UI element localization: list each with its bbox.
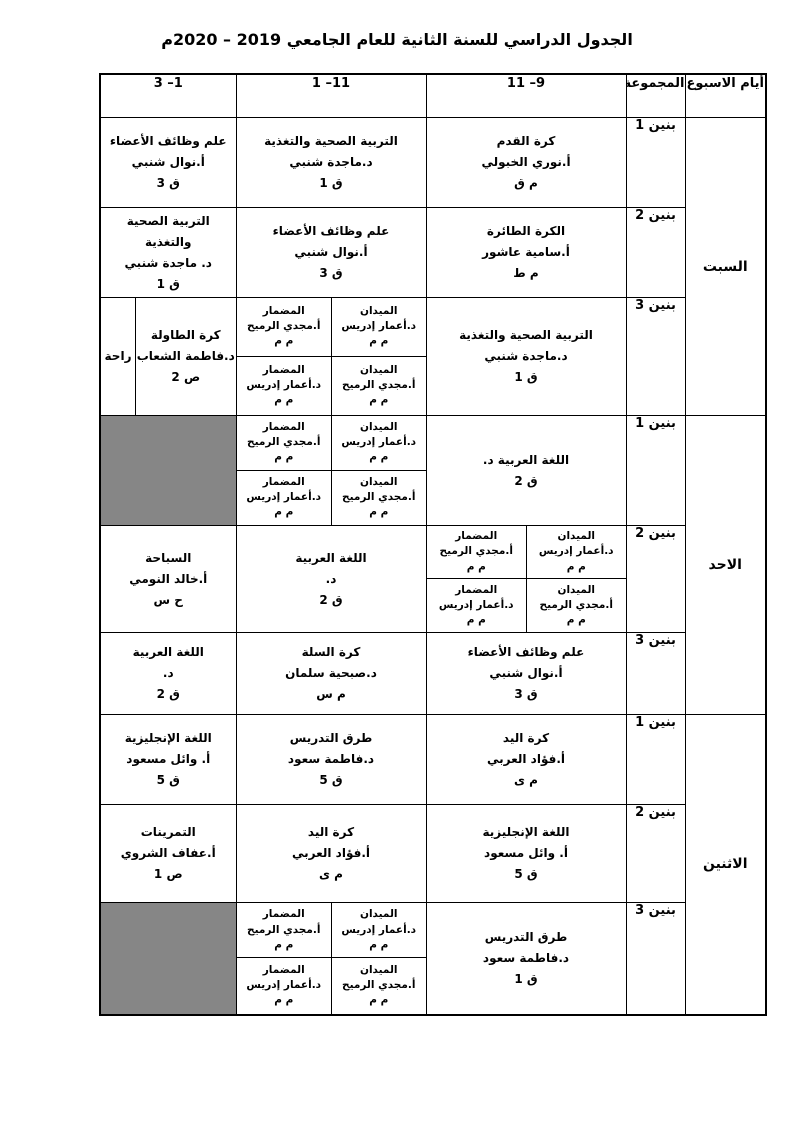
document-page: الجدول الدراسي للسنة الثانية للعام الجام… bbox=[0, 0, 794, 1123]
course-line: م م bbox=[274, 450, 293, 465]
course-line: د.أعمار إدريس bbox=[341, 435, 416, 450]
course-cell: الميداند.أعمار إدريسم مالمضمارأ.مجدي الر… bbox=[236, 298, 426, 416]
course-line: كرة اليد bbox=[427, 728, 626, 749]
course-line: المضمار bbox=[263, 420, 305, 435]
day-cell: السبت bbox=[685, 118, 766, 416]
course-line: م م bbox=[369, 334, 388, 349]
course-line: د.أعمار إدريس bbox=[439, 598, 514, 613]
course-cell: اللغة العربيةد.ق 2 bbox=[100, 633, 236, 715]
course-line: م ى bbox=[427, 770, 626, 791]
course-line: الميدان bbox=[360, 304, 398, 319]
course-cell: علم وظائف الأعضاءأ.نوال شنبيق 3 bbox=[236, 208, 426, 298]
course-line: أ.نوال شنبي bbox=[237, 242, 426, 263]
table-tennis-cell: كرة الطاولةد.فاطمة الشعابص 2 bbox=[135, 298, 236, 415]
course-line: علم وظائف الأعضاء bbox=[427, 642, 626, 663]
course-cell: اللغة الإنجليزيةأ. وائل مسعودق 5 bbox=[100, 715, 236, 805]
schedule-row: بنين 2الميداند.أعمار إدريسم مالمضمارأ.مج… bbox=[100, 526, 766, 633]
rest-cell: راحة bbox=[101, 298, 135, 415]
course-line: ق 1 bbox=[427, 969, 626, 990]
course-line: كرة القدم bbox=[427, 131, 626, 152]
course-line: م م bbox=[274, 393, 293, 408]
course-line: أ.نوري الخبولي bbox=[427, 152, 626, 173]
quad-cell: الميداند.أعمار إدريسم م bbox=[526, 526, 626, 579]
course-line: الميدان bbox=[558, 583, 596, 598]
course-line: التربية الصحية والتغذية bbox=[427, 325, 626, 346]
course-line: المضمار bbox=[263, 907, 305, 922]
course-line: م م bbox=[567, 613, 586, 628]
course-line: د. ماجدة شنبي bbox=[101, 253, 236, 274]
course-line: م ط bbox=[427, 263, 626, 284]
course-line: أ.نوال شنبي bbox=[427, 663, 626, 684]
course-line: التربية الصحية والتغذية bbox=[237, 131, 426, 152]
course-cell: التربية الصحيةوالتغذيةد. ماجدة شنبيق 1 bbox=[100, 208, 236, 298]
course-line: أ.عفاف الشروي bbox=[101, 843, 236, 864]
course-cell: طرق التدريسد.فاطمة سعودق 1 bbox=[426, 903, 626, 1015]
course-line: أ.نوال شنبي bbox=[101, 152, 236, 173]
course-line: أ.مجدي الرميح bbox=[342, 978, 415, 993]
course-cell: الميداند.أعمار إدريسم مالمضمارأ.مجدي الر… bbox=[426, 526, 626, 633]
course-cell: كرة السلةد.صبحية سلمانم س bbox=[236, 633, 426, 715]
course-line: الميدان bbox=[558, 529, 596, 544]
quad-grid: الميداند.أعمار إدريسم مالمضمارأ.مجدي الر… bbox=[237, 903, 426, 1014]
quad-cell: الميداند.أعمار إدريسم م bbox=[331, 903, 426, 958]
group-cell: بنين 3 bbox=[626, 298, 685, 416]
course-line: طرق التدريس bbox=[237, 728, 426, 749]
quad-cell: المضمارد.أعمار إدريسم م bbox=[237, 471, 332, 526]
group-cell: بنين 1 bbox=[626, 118, 685, 208]
course-line: علم وظائف الأعضاء bbox=[237, 221, 426, 242]
quad-cell: المضمارأ.مجدي الرميحم م bbox=[427, 526, 527, 579]
course-line: المضمار bbox=[263, 363, 305, 378]
header-slot-1-3: 1– 3 bbox=[100, 74, 236, 118]
course-line: م م bbox=[274, 334, 293, 349]
course-cell: الميداند.أعمار إدريسم مالمضمارأ.مجدي الر… bbox=[236, 903, 426, 1015]
course-line: ح س bbox=[101, 590, 236, 611]
course-line: د.صبحية سلمان bbox=[237, 663, 426, 684]
group-cell: بنين 3 bbox=[626, 903, 685, 1015]
course-line: م م bbox=[369, 505, 388, 520]
course-line: م م bbox=[567, 560, 586, 575]
course-line: م م bbox=[274, 993, 293, 1008]
course-line: المضمار bbox=[455, 529, 497, 544]
schedule-row: بنين 2اللغة الإنجليزيةأ. وائل مسعودق 5كر… bbox=[100, 805, 766, 903]
course-line: ق 1 bbox=[427, 367, 626, 388]
course-line: د.أعمار إدريس bbox=[341, 923, 416, 938]
course-line: د.فاطمة سعود bbox=[237, 749, 426, 770]
course-line: اللغة العربية د. bbox=[427, 450, 626, 471]
quad-grid: الميداند.أعمار إدريسم مالمضمارأ.مجدي الر… bbox=[427, 526, 626, 632]
course-line: المضمار bbox=[455, 583, 497, 598]
course-cell: علم وظائف الأعضاءأ.نوال شنبيق 3 bbox=[100, 118, 236, 208]
course-line: د.ماجدة شنبي bbox=[237, 152, 426, 173]
course-cell: التربية الصحية والتغذيةد.ماجدة شنبيق 1 bbox=[426, 298, 626, 416]
course-line: أ.خالد النومي bbox=[101, 569, 236, 590]
course-line: الميدان bbox=[360, 363, 398, 378]
course-line: أ.فؤاد العربي bbox=[237, 843, 426, 864]
course-cell: اللغة العربيةد.ق 2 bbox=[236, 526, 426, 633]
course-line: أ.مجدي الرميح bbox=[247, 435, 320, 450]
course-line: م س bbox=[237, 684, 426, 705]
course-line: كرة الطاولة bbox=[151, 325, 221, 346]
course-line: ص 2 bbox=[171, 367, 200, 388]
course-line: م ى bbox=[237, 864, 426, 885]
course-line: ق 2 bbox=[427, 471, 626, 492]
course-line: ق 1 bbox=[237, 173, 426, 194]
quad-cell: المضمارأ.مجدي الرميحم م bbox=[237, 416, 332, 471]
course-cell: اللغة الإنجليزيةأ. وائل مسعودق 5 bbox=[426, 805, 626, 903]
course-line: م ق bbox=[427, 173, 626, 194]
quad-cell: المضمارأ.مجدي الرميحم م bbox=[237, 298, 332, 357]
course-line: أ.مجدي الرميح bbox=[247, 923, 320, 938]
schedule-row: بنين 3طرق التدريسد.فاطمة سعودق 1الميداند… bbox=[100, 903, 766, 1015]
course-line: ق 2 bbox=[101, 684, 236, 705]
course-line: كرة اليد bbox=[237, 822, 426, 843]
course-line: أ.سامية عاشور bbox=[427, 242, 626, 263]
course-cell: الكرة الطائرةأ.سامية عاشورم ط bbox=[426, 208, 626, 298]
schedule-row: الاثنينبنين 1كرة اليدأ.فؤاد العربيم ىطرق… bbox=[100, 715, 766, 805]
course-cell: علم وظائف الأعضاءأ.نوال شنبيق 3 bbox=[426, 633, 626, 715]
quad-cell: الميدانأ.مجدي الرميحم م bbox=[331, 958, 426, 1013]
group-cell: بنين 3 bbox=[626, 633, 685, 715]
course-line: د.أعمار إدريس bbox=[246, 978, 321, 993]
course-line: أ.مجدي الرميح bbox=[440, 544, 513, 559]
course-line: السباحة bbox=[101, 548, 236, 569]
course-line: د.أعمار إدريس bbox=[539, 544, 614, 559]
group-cell: بنين 2 bbox=[626, 805, 685, 903]
course-cell: السباحةأ.خالد النوميح س bbox=[100, 526, 236, 633]
document-title: الجدول الدراسي للسنة الثانية للعام الجام… bbox=[0, 30, 794, 49]
header-slot-9-11: 9– 11 bbox=[426, 74, 626, 118]
course-cell: كرة القدمأ.نوري الخبوليم ق bbox=[426, 118, 626, 208]
course-line: أ.مجدي الرميح bbox=[247, 319, 320, 334]
course-line: أ.فؤاد العربي bbox=[427, 749, 626, 770]
course-line: راحة bbox=[105, 346, 132, 367]
course-line: ق 1 bbox=[101, 274, 236, 295]
quad-cell: الميدانأ.مجدي الرميحم م bbox=[331, 357, 426, 416]
course-line: الميدان bbox=[360, 963, 398, 978]
course-line: كرة السلة bbox=[237, 642, 426, 663]
course-line: علم وظائف الأعضاء bbox=[101, 131, 236, 152]
quad-cell: المضمارد.أعمار إدريسم م bbox=[237, 958, 332, 1013]
course-line: م م bbox=[369, 938, 388, 953]
course-cell: كرة اليدأ.فؤاد العربيم ى bbox=[426, 715, 626, 805]
course-line: د.فاطمة سعود bbox=[427, 948, 626, 969]
course-line: ق 3 bbox=[237, 263, 426, 284]
header-group: المجموعة bbox=[626, 74, 685, 118]
gray-cell bbox=[100, 416, 236, 526]
course-line: م م bbox=[369, 450, 388, 465]
course-line: أ. وائل مسعود bbox=[101, 749, 236, 770]
header-row: أيام الاسبوع المجموعة 9– 11 11– 1 1– 3 bbox=[100, 74, 766, 118]
course-line: المضمار bbox=[263, 304, 305, 319]
course-line: د.أعمار إدريس bbox=[341, 319, 416, 334]
course-line: أ.مجدي الرميح bbox=[342, 378, 415, 393]
course-line: اللغة الإنجليزية bbox=[427, 822, 626, 843]
gray-cell bbox=[100, 903, 236, 1015]
course-line: التمرينات bbox=[101, 822, 236, 843]
quad-cell: المضمارد.أعمار إدريسم م bbox=[237, 357, 332, 416]
schedule-row: الاحدبنين 1اللغة العربية د.ق 2الميداند.أ… bbox=[100, 416, 766, 526]
quad-grid: الميداند.أعمار إدريسم مالمضمارأ.مجدي الر… bbox=[237, 416, 426, 525]
course-line: المضمار bbox=[263, 963, 305, 978]
course-line: م م bbox=[467, 613, 486, 628]
split-grid: كرة الطاولةد.فاطمة الشعابص 2راحة bbox=[101, 298, 236, 415]
course-line: ق 5 bbox=[101, 770, 236, 791]
course-line: الكرة الطائرة bbox=[427, 221, 626, 242]
course-line: ق 2 bbox=[237, 590, 426, 611]
course-cell: التمريناتأ.عفاف الشرويص 1 bbox=[100, 805, 236, 903]
course-line: م م bbox=[467, 560, 486, 575]
course-line: ق 5 bbox=[237, 770, 426, 791]
course-line: د. bbox=[237, 569, 426, 590]
course-line: ق 3 bbox=[101, 173, 236, 194]
day-cell: الاحد bbox=[685, 416, 766, 715]
course-line: م م bbox=[369, 993, 388, 1008]
quad-cell: المضمارأ.مجدي الرميحم م bbox=[237, 903, 332, 958]
course-line: الميدان bbox=[360, 475, 398, 490]
quad-cell: المضمارد.أعمار إدريسم م bbox=[427, 579, 527, 632]
quad-cell: الميداند.أعمار إدريسم م bbox=[331, 298, 426, 357]
group-cell: بنين 2 bbox=[626, 208, 685, 298]
course-cell: اللغة العربية د.ق 2 bbox=[426, 416, 626, 526]
course-line: ق 3 bbox=[427, 684, 626, 705]
schedule-row: السبتبنين 1كرة القدمأ.نوري الخبوليم قالت… bbox=[100, 118, 766, 208]
course-line: أ. وائل مسعود bbox=[427, 843, 626, 864]
course-line: المضمار bbox=[263, 475, 305, 490]
course-line: أ.مجدي الرميح bbox=[540, 598, 613, 613]
course-cell: التربية الصحية والتغذيةد.ماجدة شنبيق 1 bbox=[236, 118, 426, 208]
course-cell: كرة اليدأ.فؤاد العربيم ى bbox=[236, 805, 426, 903]
course-line: الميدان bbox=[360, 907, 398, 922]
header-days: أيام الاسبوع bbox=[685, 74, 766, 118]
group-cell: بنين 2 bbox=[626, 526, 685, 633]
course-line: م م bbox=[369, 393, 388, 408]
schedule-row: بنين 3علم وظائف الأعضاءأ.نوال شنبيق 3كرة… bbox=[100, 633, 766, 715]
quad-cell: الميداند.أعمار إدريسم م bbox=[331, 416, 426, 471]
course-line: ص 1 bbox=[101, 864, 236, 885]
schedule-table: أيام الاسبوع المجموعة 9– 11 11– 1 1– 3 ا… bbox=[99, 73, 767, 1016]
quad-cell: الميدانأ.مجدي الرميحم م bbox=[331, 471, 426, 526]
course-line: د.أعمار إدريس bbox=[246, 378, 321, 393]
course-line: م م bbox=[274, 505, 293, 520]
schedule-row: بنين 2الكرة الطائرةأ.سامية عاشورم طعلم و… bbox=[100, 208, 766, 298]
course-line: اللغة الإنجليزية bbox=[101, 728, 236, 749]
day-cell: الاثنين bbox=[685, 715, 766, 1015]
course-line: د. bbox=[101, 663, 236, 684]
course-line: اللغة العربية bbox=[101, 642, 236, 663]
header-slot-11-1: 11– 1 bbox=[236, 74, 426, 118]
group-cell: بنين 1 bbox=[626, 715, 685, 805]
course-line: ق 5 bbox=[427, 864, 626, 885]
course-line: الميدان bbox=[360, 420, 398, 435]
quad-grid: الميداند.أعمار إدريسم مالمضمارأ.مجدي الر… bbox=[237, 298, 426, 415]
course-line: اللغة العربية bbox=[237, 548, 426, 569]
course-line: أ.مجدي الرميح bbox=[342, 490, 415, 505]
course-line: م م bbox=[274, 938, 293, 953]
course-line: د.فاطمة الشعاب bbox=[137, 346, 235, 367]
schedule-body: السبتبنين 1كرة القدمأ.نوري الخبوليم قالت… bbox=[100, 118, 766, 1015]
group-cell: بنين 1 bbox=[626, 416, 685, 526]
course-line: د.ماجدة شنبي bbox=[427, 346, 626, 367]
course-line: والتغذية bbox=[101, 232, 236, 253]
course-line: التربية الصحية bbox=[101, 211, 236, 232]
schedule-row: بنين 3التربية الصحية والتغذيةد.ماجدة شنب… bbox=[100, 298, 766, 416]
course-cell: الميداند.أعمار إدريسم مالمضمارأ.مجدي الر… bbox=[236, 416, 426, 526]
quad-cell: الميدانأ.مجدي الرميحم م bbox=[526, 579, 626, 632]
course-line: د.أعمار إدريس bbox=[246, 490, 321, 505]
course-line: طرق التدريس bbox=[427, 927, 626, 948]
course-cell: كرة الطاولةد.فاطمة الشعابص 2راحة bbox=[100, 298, 236, 416]
course-cell: طرق التدريسد.فاطمة سعودق 5 bbox=[236, 715, 426, 805]
